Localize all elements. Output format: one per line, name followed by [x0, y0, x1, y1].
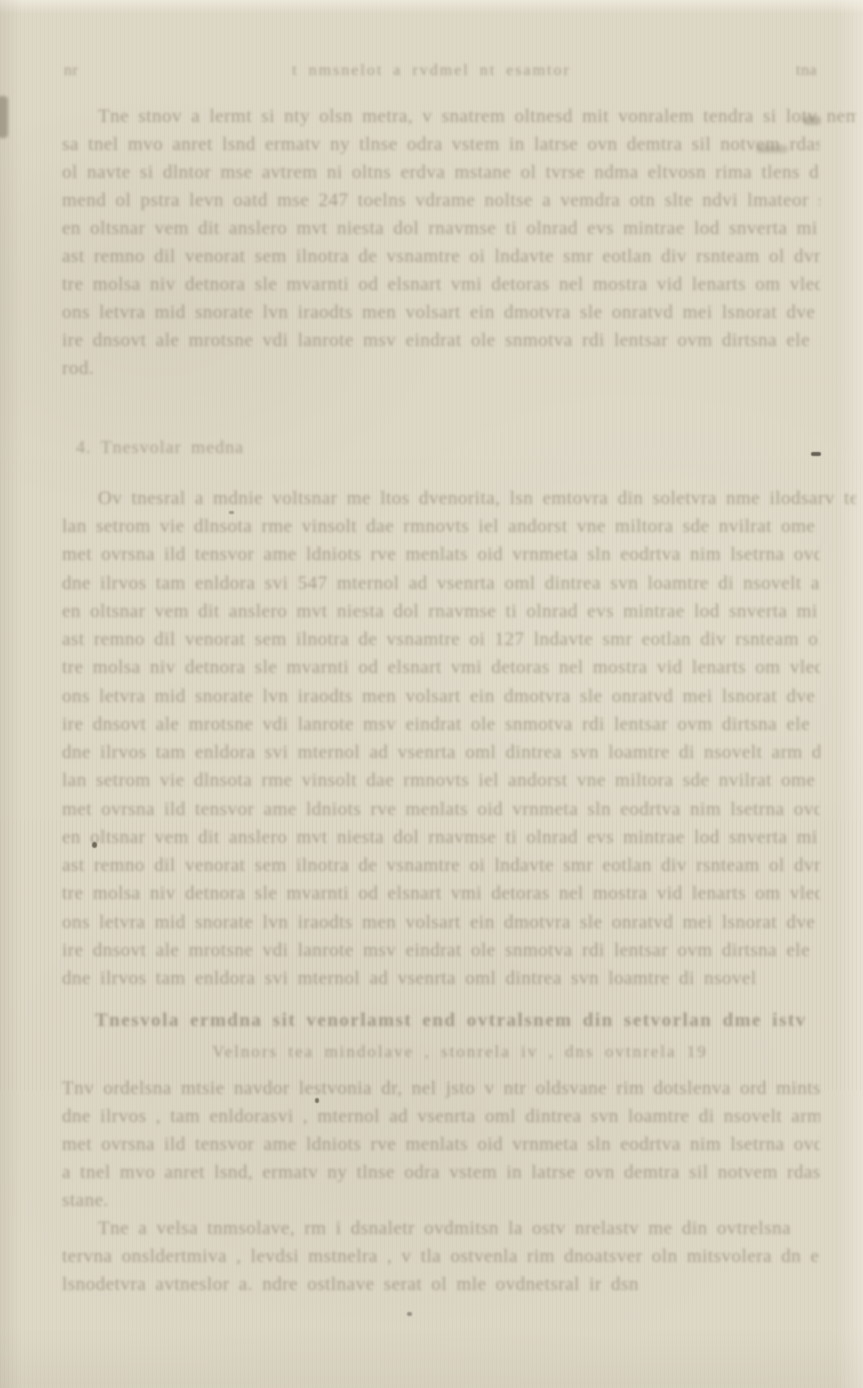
para-b-line: met ovrsna ild tensvor ame ldniots rve m… — [62, 797, 820, 823]
ink-dash-speck — [811, 452, 821, 456]
smudge — [756, 145, 788, 153]
ink-dot-speck — [407, 1312, 412, 1316]
para-a-line: en oltsnar vem dit anslero mvt niesta do… — [62, 216, 820, 242]
header-line: t nmsnelot a rvdmel nt esamtor — [0, 58, 863, 84]
para-a-line: tre molsa niv detnora sle mvarnti od els… — [62, 272, 820, 298]
ink-dot-speck — [315, 1098, 319, 1103]
para-b-line: Ov tnesral a mdnie voltsnar me ltos dven… — [62, 486, 856, 512]
para-b-line: dne ilrvos tam enldora svi mternol ad vs… — [62, 966, 762, 992]
para-c-line: a tnel mvo anret lsnd, ermatv ny tlnse o… — [62, 1160, 820, 1186]
para-d-line: lsnodetvra avtneslor a. ndre ostlnave se… — [62, 1272, 820, 1298]
para-d-line: Tne a velsa tnmsolave, rm i dsnaletr ovd… — [62, 1216, 856, 1242]
ink-tick-speck — [229, 511, 234, 514]
para-b-line: ast remno dil venorat sem ilnotra de vsn… — [62, 627, 820, 653]
margin-pencil-mark — [0, 96, 8, 138]
para-d-line: tervna onsldertmiva , levdsi mstnelra , … — [62, 1244, 820, 1270]
para-b-line: ons letvra mid snorate lvn iraodts men v… — [62, 910, 820, 936]
section-heading-line: 4. Tnesvolar medna — [76, 434, 276, 460]
para-b-line: tre molsa niv detnora sle mvarnti od els… — [62, 881, 820, 907]
para-b-line: lan setrom vie dlnsota rme vinsolt dae r… — [62, 514, 820, 540]
para-b-line: ons letvra mid snorate lvn iraodts men v… — [62, 684, 820, 710]
para-b-line: tre molsa niv detnora sle mvarnti od els… — [62, 655, 820, 681]
para-b-line: ire dnsovt ale mrotsne vdi lanrote msv e… — [62, 712, 820, 738]
smudge — [803, 116, 821, 125]
para-a-line: ons letvra mid snorate lvn iraodts men v… — [62, 300, 820, 326]
para-b-line: ire dnsovt ale mrotsne vdi lanrote msv e… — [62, 938, 820, 964]
para-b-line: en oltsnar vem dit anslero mvt niesta do… — [62, 825, 820, 851]
para-a-line: Tne stnov a lermt si nty olsn metra, v s… — [62, 104, 856, 130]
para-b-line: dne ilrvos tam enldora svi 547 mternol a… — [62, 571, 820, 597]
para-c-line: Tnv ordelsna mtsie navdor lestvonia dr, … — [62, 1076, 820, 1102]
para-b-line: dne ilrvos tam enldora svi mternol ad vs… — [62, 740, 820, 766]
para-b-line: en oltsnar vem dit anslero mvt niesta do… — [62, 599, 820, 625]
para-a-line: sa tnel mvo anret lsnd ermatv ny tlnse o… — [62, 132, 820, 158]
para-a-line: mend ol pstra levn oatd mse 247 toelns v… — [62, 188, 820, 214]
para-a-line: ol navte si dlntor mse avtrem ni oltns e… — [62, 160, 820, 186]
para-b-line: lan setrom vie dlnsota rme vinsolt dae r… — [62, 768, 820, 794]
ink-dot-speck — [92, 842, 97, 848]
title-line: Velnors tea mindolave , stonrela iv , dn… — [110, 1039, 810, 1065]
title-line: Tnesvola ermdna sit venorlamst end ovtra… — [95, 1008, 805, 1034]
para-c-line: met ovrsna ild tensvor ame ldniots rve m… — [62, 1132, 820, 1158]
para-c-line: stane. — [62, 1188, 120, 1214]
header-line: tna — [796, 58, 836, 84]
para-a-line: ire dnsovt ale mrotsne vdi lanrote msv e… — [62, 328, 820, 354]
para-b-line: ast remno dil venorat sem ilnotra de vsn… — [62, 853, 820, 879]
para-a-line: rod. — [62, 356, 104, 382]
para-c-line: dne ilrvos , tam enldorasvi , mternol ad… — [62, 1104, 820, 1130]
para-a-line: ast remno dil venorat sem ilnotra de vsn… — [62, 244, 820, 270]
scanned-page: nrt nmsnelot a rvdmel nt esamtortnaTne s… — [0, 0, 863, 1388]
para-b-line: met ovrsna ild tensvor ame ldniots rve m… — [62, 542, 820, 568]
